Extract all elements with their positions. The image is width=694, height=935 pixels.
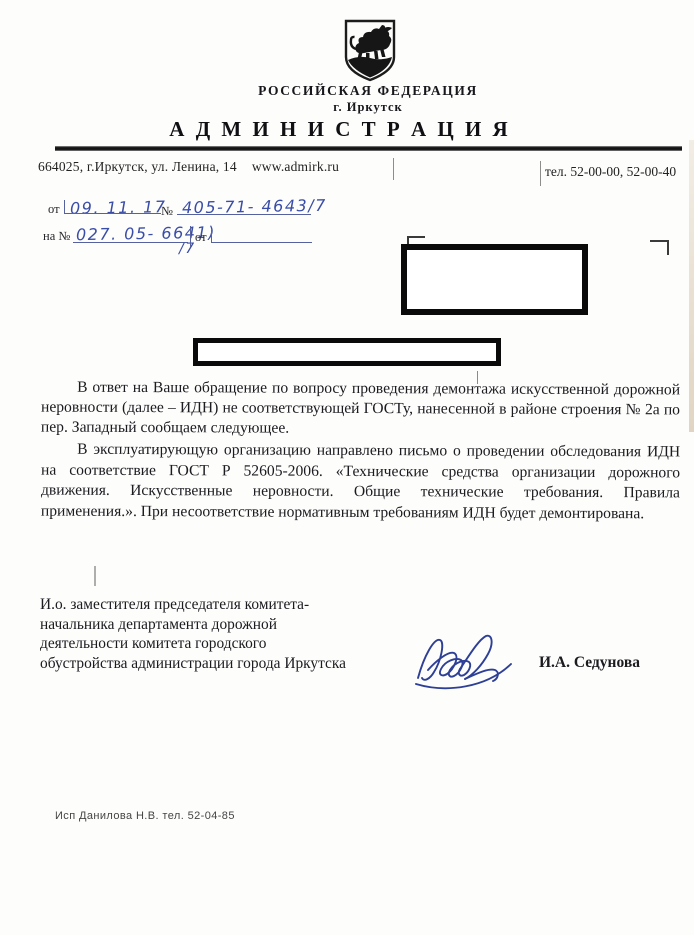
body-paragraph-1: В ответ на Ваше обращение по вопросу про… [41,378,680,441]
reply-date-blank-underline [211,228,312,243]
reply-number-sub-handwritten: /7 [179,241,196,257]
signatory-position: И.о. заместителя председателя комитета- … [40,595,410,673]
city-title: г. Иркутск [41,100,694,115]
ref-from-label: от [48,202,60,217]
country-title: РОССИЙСКАЯ ФЕДЕРАЦИЯ [41,83,694,99]
redaction-box-subject [193,338,501,366]
stray-mark [94,566,96,586]
signatory-name: И.А. Седунова [539,654,640,672]
reply-from-label: от [195,230,207,245]
ref-date-underline [64,199,161,214]
reply-number-underline [73,227,188,243]
scanned-letter-page: РОССИЙСКАЯ ФЕДЕРАЦИЯ г. Иркутск А Д М И … [0,0,694,935]
ref-number-label: № [161,204,173,219]
scan-edge-artifact [689,140,694,432]
corner-mark-right [667,240,669,255]
postal-address: 664025, г.Иркутск, ул. Ленина, 14 [38,159,237,174]
administration-title: А Д М И Н И С Т Р А Ц И Я [13,117,667,142]
corner-mark-left [407,236,425,238]
executor-line: Исп Данилова Н.В. тел. 52-04-85 [55,810,235,822]
divider-tick [540,161,541,186]
redaction-box-recipient [401,244,588,315]
handwritten-tick [190,226,191,247]
ref-number-underline [177,199,311,215]
website: www.admirk.ru [252,159,339,174]
irkutsk-coat-of-arms-icon [344,19,396,82]
divider-tick [393,158,394,180]
handwritten-signature [414,631,532,697]
reply-ref-label: на № [43,229,70,244]
address-line: 664025, г.Иркутск, ул. Ленина, 14www.adm… [38,159,339,175]
header-rule [55,146,682,151]
phone-number: тел. 52-00-00, 52-00-40 [545,164,676,180]
body-paragraph-2: В эксплуатирующую организацию направлено… [41,440,680,525]
